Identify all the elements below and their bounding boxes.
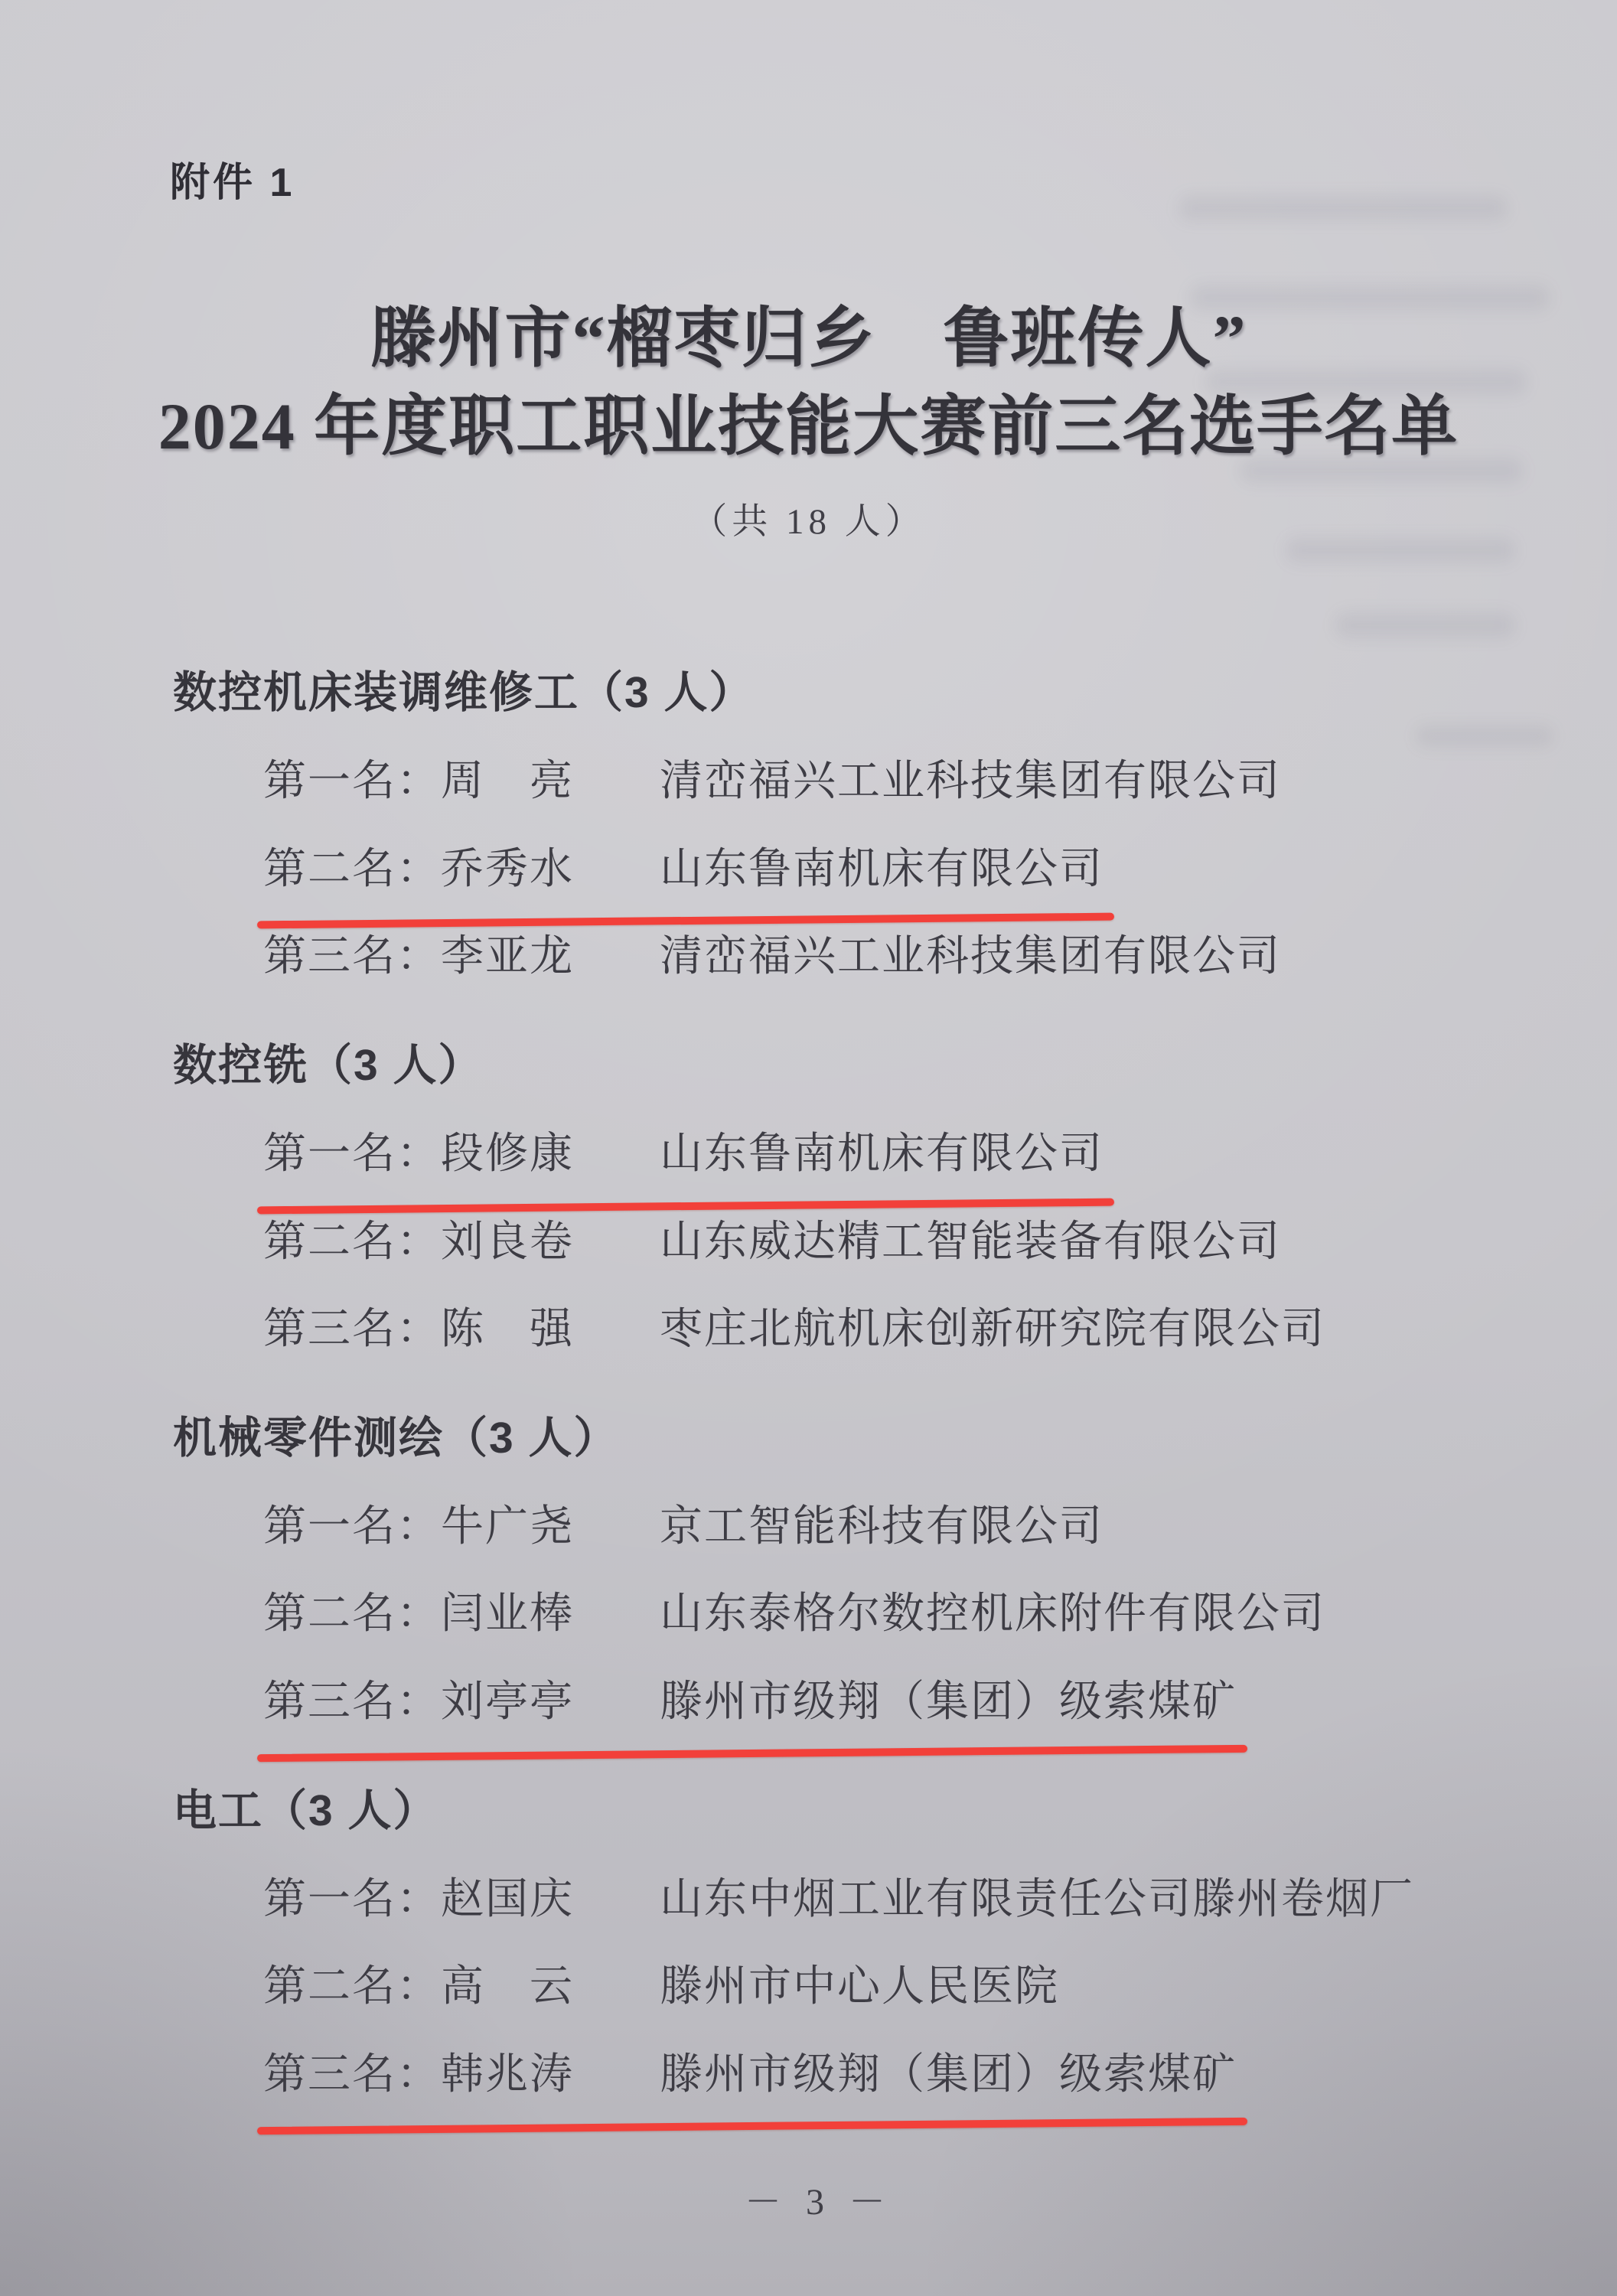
entry-rank: 第一名： <box>263 1874 441 1926</box>
entry-winner-name: 乔秀水 <box>441 843 660 895</box>
competition-section: 数控铣（3 人） 第一名：段修康山东鲁南机床有限公司 第二名：刘良卷山东威达精工… <box>173 1030 1617 1355</box>
ranking-entry-text: 第一名：赵国庆山东中烟工业有限责任公司滕州卷烟厂 <box>263 1874 1414 1926</box>
section-heading: 电工（3 人） <box>173 1776 1617 1838</box>
entry-winner-name: 段修康 <box>441 1128 660 1180</box>
ranking-entry-text: 第三名：刘亭亭滕州市级翔（集团）级索煤矿 <box>263 1676 1237 1728</box>
entry-winner-name: 刘亭亭 <box>441 1676 660 1728</box>
section-heading: 机械零件测绘（3 人） <box>173 1403 1617 1466</box>
participant-count-subtitle: （共 18 人） <box>0 493 1617 544</box>
red-underline-annotation <box>257 1198 1114 1214</box>
sections-container: 数控机床装调维修工（3 人） 第一名：周 亮清峦福兴工业科技集团有限公司 第二名… <box>173 657 1617 2101</box>
competition-section: 电工（3 人） 第一名：赵国庆山东中烟工业有限责任公司滕州卷烟厂 第二名：高 云… <box>173 1776 1617 2101</box>
red-underline-annotation <box>257 1745 1247 1762</box>
section-heading: 数控机床装调维修工（3 人） <box>173 657 1617 720</box>
red-underline-annotation <box>257 2118 1247 2135</box>
ranking-entry: 第一名：周 亮清峦福兴工业科技集团有限公司 <box>263 755 1617 807</box>
entry-winner-name: 陈 强 <box>441 1303 660 1355</box>
competition-section: 数控机床装调维修工（3 人） 第一名：周 亮清峦福兴工业科技集团有限公司 第二名… <box>173 657 1617 983</box>
entry-rank: 第三名： <box>263 2049 441 2101</box>
entry-company: 山东中烟工业有限责任公司滕州卷烟厂 <box>660 1876 1414 1923</box>
ranking-entry-text: 第三名：陈 强枣庄北航机床创新研究院有限公司 <box>263 1303 1325 1355</box>
ranking-entry-text: 第一名：牛广尧京工智能科技有限公司 <box>263 1501 1104 1553</box>
section-entries: 第一名：牛广尧京工智能科技有限公司 第二名：闫业棒山东泰格尔数控机床附件有限公司… <box>173 1501 1617 1728</box>
entry-company: 山东鲁南机床有限公司 <box>660 1130 1104 1178</box>
document-title-line2: 2024 年度职工职业技能大赛前三名选手名单 <box>0 386 1617 468</box>
entry-winner-name: 韩兆涛 <box>441 2049 660 2101</box>
entry-winner-name: 闫业棒 <box>441 1588 660 1640</box>
entry-rank: 第二名： <box>263 1961 441 2013</box>
entry-company: 枣庄北航机床创新研究院有限公司 <box>660 1306 1325 1353</box>
document-title-line1: 滕州市“榴枣归乡 鲁班传人” <box>0 298 1617 380</box>
entry-company: 滕州市级翔（集团）级索煤矿 <box>660 2051 1237 2099</box>
ranking-entry: 第三名：陈 强枣庄北航机床创新研究院有限公司 <box>263 1303 1617 1355</box>
entry-rank: 第一名： <box>263 755 441 807</box>
ranking-entry: 第二名：高 云滕州市中心人民医院 <box>263 1961 1617 2013</box>
entry-company: 山东威达精工智能装备有限公司 <box>660 1218 1281 1266</box>
entry-winner-name: 高 云 <box>441 1961 660 2013</box>
ranking-entry-text: 第二名：闫业棒山东泰格尔数控机床附件有限公司 <box>263 1588 1325 1640</box>
entry-winner-name: 李亚龙 <box>441 931 660 983</box>
attachment-label: 附件 1 <box>170 150 1617 207</box>
section-entries: 第一名：段修康山东鲁南机床有限公司 第二名：刘良卷山东威达精工智能装备有限公司 … <box>173 1128 1617 1355</box>
ranking-entry: 第二名：刘良卷山东威达精工智能装备有限公司 <box>263 1216 1617 1268</box>
entry-rank: 第一名： <box>263 1501 441 1553</box>
entry-winner-name: 刘良卷 <box>441 1216 660 1268</box>
section-entries: 第一名：周 亮清峦福兴工业科技集团有限公司 第二名：乔秀水山东鲁南机床有限公司 … <box>173 755 1617 983</box>
red-underline-annotation <box>257 912 1114 928</box>
entry-rank: 第三名： <box>263 931 441 983</box>
ranking-entry-text: 第一名：段修康山东鲁南机床有限公司 <box>263 1128 1104 1180</box>
competition-section: 机械零件测绘（3 人） 第一名：牛广尧京工智能科技有限公司 第二名：闫业棒山东泰… <box>173 1403 1617 1728</box>
ranking-entry-text: 第二名：高 云滕州市中心人民医院 <box>263 1961 1059 2013</box>
entry-rank: 第二名： <box>263 1216 441 1268</box>
entry-rank: 第一名： <box>263 1128 441 1180</box>
scanned-document-page: 附件 1 滕州市“榴枣归乡 鲁班传人” 2024 年度职工职业技能大赛前三名选手… <box>0 0 1617 2296</box>
entry-winner-name: 牛广尧 <box>441 1501 660 1553</box>
entry-company: 山东泰格尔数控机床附件有限公司 <box>660 1590 1325 1638</box>
section-heading: 数控铣（3 人） <box>173 1030 1617 1093</box>
section-entries: 第一名：赵国庆山东中烟工业有限责任公司滕州卷烟厂 第二名：高 云滕州市中心人民医… <box>173 1874 1617 2101</box>
entry-winner-name: 赵国庆 <box>441 1874 660 1926</box>
entry-rank: 第三名： <box>263 1303 441 1355</box>
ranking-entry-text: 第三名：韩兆涛滕州市级翔（集团）级索煤矿 <box>263 2049 1237 2101</box>
page-number: － 3 － <box>0 2172 1617 2225</box>
ranking-entry: 第一名：段修康山东鲁南机床有限公司 <box>263 1128 1617 1180</box>
ranking-entry-text: 第三名：李亚龙清峦福兴工业科技集团有限公司 <box>263 931 1281 983</box>
ranking-entry-text: 第一名：周 亮清峦福兴工业科技集团有限公司 <box>263 755 1281 807</box>
ranking-entry: 第二名：乔秀水山东鲁南机床有限公司 <box>263 843 1617 895</box>
entry-rank: 第二名： <box>263 843 441 895</box>
ranking-entry: 第一名：赵国庆山东中烟工业有限责任公司滕州卷烟厂 <box>263 1874 1617 1926</box>
entry-rank: 第二名： <box>263 1588 441 1640</box>
entry-company: 京工智能科技有限公司 <box>660 1503 1104 1551</box>
ranking-entry-text: 第二名：乔秀水山东鲁南机床有限公司 <box>263 843 1104 895</box>
ranking-entry: 第三名：李亚龙清峦福兴工业科技集团有限公司 <box>263 931 1617 983</box>
ranking-entry: 第三名：韩兆涛滕州市级翔（集团）级索煤矿 <box>263 2049 1617 2101</box>
entry-company: 清峦福兴工业科技集团有限公司 <box>660 758 1281 805</box>
ranking-entry: 第二名：闫业棒山东泰格尔数控机床附件有限公司 <box>263 1588 1617 1640</box>
ranking-entry-text: 第二名：刘良卷山东威达精工智能装备有限公司 <box>263 1216 1281 1268</box>
entry-company: 清峦福兴工业科技集团有限公司 <box>660 933 1281 980</box>
ranking-entry: 第三名：刘亭亭滕州市级翔（集团）级索煤矿 <box>263 1676 1617 1728</box>
entry-rank: 第三名： <box>263 1676 441 1728</box>
entry-winner-name: 周 亮 <box>441 755 660 807</box>
entry-company: 滕州市中心人民医院 <box>660 1963 1059 2011</box>
entry-company: 滕州市级翔（集团）级索煤矿 <box>660 1678 1237 1726</box>
entry-company: 山东鲁南机床有限公司 <box>660 846 1104 893</box>
document-title: 滕州市“榴枣归乡 鲁班传人” 2024 年度职工职业技能大赛前三名选手名单 （共… <box>0 298 1617 544</box>
ranking-entry: 第一名：牛广尧京工智能科技有限公司 <box>263 1501 1617 1553</box>
